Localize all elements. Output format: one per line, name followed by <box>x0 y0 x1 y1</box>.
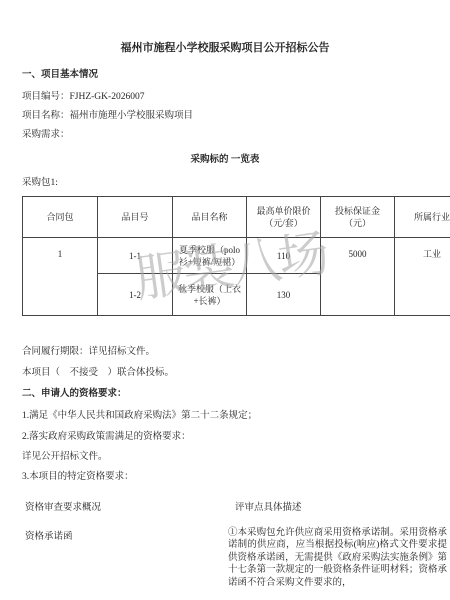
col-header-contract-pkg: 合同包 <box>23 197 98 238</box>
announcement-document: 福州市施程小学校服采购项目公开招标公告 一、项目基本情况 项目编号：FJHZ-G… <box>0 0 450 600</box>
listing-table-title: 采购标的 一览表 <box>0 154 450 166</box>
qualification-item1: 1.满足《中华人民共和国政府采购法》第二十二条规定； <box>22 410 257 422</box>
cell-item-no: 1-1 <box>98 238 173 274</box>
col-header-item-no: 品目号 <box>98 197 173 238</box>
document-title: 福州市施程小学校服采购项目公开招标公告 <box>0 42 450 54</box>
qual-commitment-letter-label: 资格承诺函 <box>25 531 73 543</box>
cell-max-price: 130 <box>247 274 321 316</box>
qualification-item2: 2.落实政府采购政策需满足的资格要求： <box>22 431 191 443</box>
cell-bid-deposit: 5000 <box>321 238 395 316</box>
procurement-items-table: 合同包 品目号 品目名称 最高单价限价（元/套） 投标保证金（元） 所属行业 1… <box>22 196 450 316</box>
cell-max-price: 110 <box>247 238 321 274</box>
consortium-bid-line: 本项目（ 不接受 ）联合体投标。 <box>22 367 174 379</box>
table-row: 1 1-1 夏季校服（polo衫+短裤/短裙） 110 5000 工业 <box>23 238 450 274</box>
col-header-item-name: 品目名称 <box>173 197 247 238</box>
cell-industry: 工业 <box>395 238 450 316</box>
cell-contract-pkg: 1 <box>23 238 98 316</box>
cell-item-name: 夏季校服（polo衫+短裤/短裙） <box>173 238 247 274</box>
qualification-item3: 3.本项目的特定资格要求： <box>22 471 134 483</box>
contract-duration-line: 合同履行期限：详见招标文件。 <box>22 346 155 358</box>
col-header-industry: 所属行业 <box>395 197 450 238</box>
qual-review-overview-header: 资格审查要求概况 <box>25 502 101 514</box>
project-name-line: 项目名称：福州市施理小学校服采购项目 <box>22 110 193 122</box>
procurement-requirement-label: 采购需求： <box>22 129 70 141</box>
package-label: 采购包1: <box>22 177 58 189</box>
table-header-row: 合同包 品目号 品目名称 最高单价限价（元/套） 投标保证金（元） 所属行业 <box>23 197 450 238</box>
qual-review-detail-header: 评审点具体描述 <box>235 502 302 514</box>
qual-commitment-letter-detail: ①本采购包允许供应商采用资格承诺制。采用资格承诺制的供应商，应当根据投标(响应)… <box>228 527 447 589</box>
project-number-line: 项目编号：FJHZ-GK-2026007 <box>22 91 144 103</box>
col-header-max-price: 最高单价限价（元/套） <box>247 197 321 238</box>
cell-item-no: 1-2 <box>98 274 173 316</box>
qualification-item2-detail: 详见公开招标文件。 <box>22 451 108 463</box>
cell-item-name: 秋季校服（上衣+长裤） <box>173 274 247 316</box>
section1-heading: 一、项目基本情况 <box>22 69 98 81</box>
section2-heading: 二、申请人的资格要求： <box>22 388 127 400</box>
col-header-bid-deposit: 投标保证金（元） <box>321 197 395 238</box>
